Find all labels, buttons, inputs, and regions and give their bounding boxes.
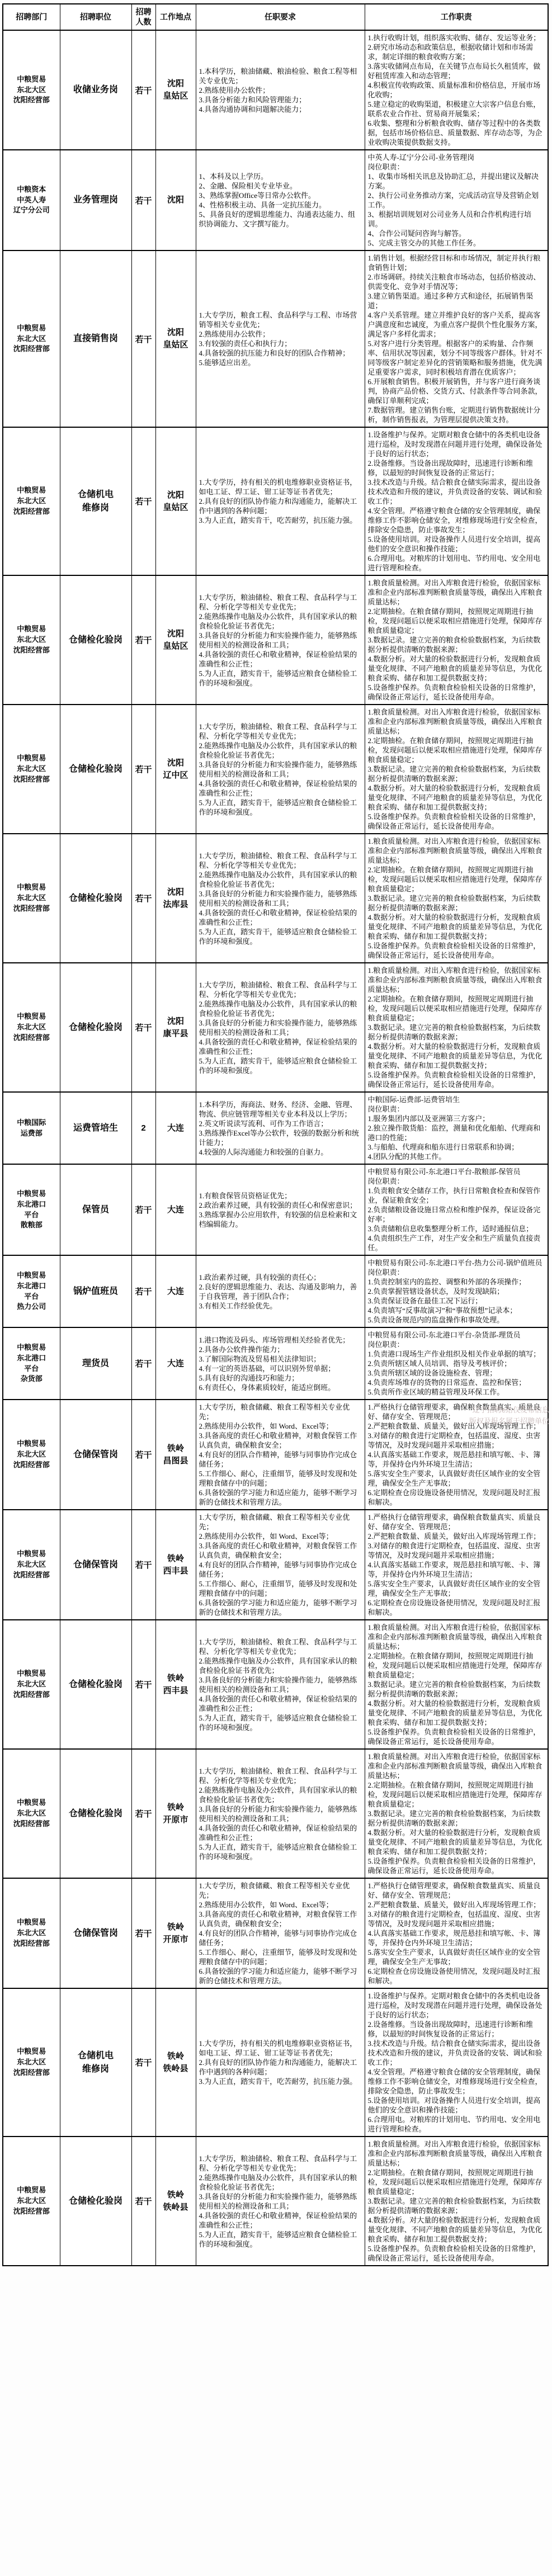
count-cell: 若干 xyxy=(131,1878,155,1988)
duties-cell: 1.严格执行仓储管理要求，确保粮食数量真实、质量良好、储存安全、管理规范；2.严… xyxy=(365,1400,548,1510)
table-row: 中粮贸易 东北大区 沈阳经营部 仓储检化验岗 若干 沈阳 辽中区 1.大专学历，… xyxy=(3,705,548,834)
duty-item: 5.对客户进行分类管理。根据客户的采购量、合作频率、信用状况等因素，划分不同等级… xyxy=(368,339,545,377)
dept-cell: 中粮贸易 东北大区 沈阳经营部 xyxy=(3,427,60,575)
requirement-item: 2.熟练使用办公软件，如 Word、Excel等； xyxy=(199,1421,362,1431)
requirement-item: 2.具备办公软件操作能力； xyxy=(199,1345,362,1354)
requirement-item: 4.具备较强的责任心和敬业精神，保证检验结果的准确性和公正性； xyxy=(199,650,362,669)
duty-item: 岗位职责： xyxy=(368,1340,545,1349)
dept-cell: 中粮贸易 东北大区 沈阳经营部 xyxy=(3,250,60,427)
duty-item: 中粮贸易有限公司-东北港口平台-热力公司-锅炉值班员 xyxy=(368,1258,545,1268)
header-position: 招聘职位 xyxy=(60,4,131,30)
duty-item: 中粮贸易有限公司-东北港口平台-散粮部-保管员 xyxy=(368,1167,545,1176)
position-cell: 仓储保管岗 xyxy=(60,1400,131,1510)
position-cell: 仓储检化验岗 xyxy=(60,575,131,705)
duties-cell: 1.销售计划。根据经营目标和市场情况，制定并执行粮食销售计划；2.市场调研。持续… xyxy=(365,250,548,427)
duty-item: 2.定期抽检。在粮食储存期间，按照规定周期进行抽检，发现问题后以便采取相应措施进… xyxy=(368,994,545,1023)
header-location: 工作地点 xyxy=(155,4,196,30)
count-cell: 若干 xyxy=(131,1327,155,1400)
duty-item: 5.落实安全生产要求，认真做好责任区域作业的安全管理，确保安全生产无事故； xyxy=(368,1469,545,1488)
duty-item: 岗位职责： xyxy=(368,162,545,172)
requirement-item: 4.具备较强的责任心和敬业精神，保证检验结果的准确性和公正性； xyxy=(199,2211,362,2230)
duty-item: 2.设备维修。当设备出现故障时，迅速进行诊断和维修，以最短的时间恢复设备的正常运… xyxy=(368,459,545,478)
requirement-item: 1.大专学历，持有相关的机电维修职业资格证书，如电工证、焊工证、钳工证等证书者优… xyxy=(199,478,362,497)
position-cell: 理货员 xyxy=(60,1327,131,1400)
requirements-cell: 1.大专学历，粮油储检、粮食工程、食品科学与工程、分析化学等相关专业优先；2.能… xyxy=(196,1749,365,1878)
requirement-item: 2.英文听说读写流利、可作为工作语言； xyxy=(199,1119,362,1128)
duty-item: 1.粮食质量检测。对出入库粮食进行检验，依据国家标准和企业内部标准判断粮食质量等… xyxy=(368,966,545,994)
table-row: 中粮贸易 东北港口 平台 散粮部 保管员 若干 大连 1.有粮食保管员资格证优先… xyxy=(3,1164,548,1255)
requirement-item: 1.大专学历，粮油储检、粮食工程、食品科学与工程、分析化学等相关专业优先； xyxy=(199,851,362,870)
duty-item: 3.数据记录。建立完善的粮食检验数据档案，为后续数据分析提供清晰的数据来源； xyxy=(368,1680,545,1699)
table-row: 中粮贸易 东北大区 沈阳经营部 收储业务岗 若干 沈阳 皇姑区 1.本科学历，粮… xyxy=(3,30,548,150)
requirement-item: 5.工作细心、耐心，注重细节，能够及时发现和处理粮食储存中的问题； xyxy=(199,1579,362,1598)
requirements-cell: 1.政治素养过硬，具有较强的责任心；2.良好的逻辑思维能力、表达、沟通及影响力，… xyxy=(196,1255,365,1327)
duty-item: 5.设备使用培训。对设备操作人员进行安全培训，提高他们的安全意识和操作技能； xyxy=(368,535,545,554)
table-row: 中粮贸易 东北大区 沈阳经营部 仓储保管岗 若干 铁岭 开原市 1.大专学历，粮… xyxy=(3,1878,548,1988)
count-cell: 若干 xyxy=(131,150,155,250)
count-cell: 若干 xyxy=(131,1988,155,2137)
duty-item: 2.定期抽检。在粮食储存期间，按照规定周期进行抽检，发现问题后以便采取相应措施进… xyxy=(368,865,545,894)
table-row: 中粮资本 中英人寿 辽宁分公司 业务管理岗 若干 沈阳 1、本科及以上学历。2、… xyxy=(3,150,548,250)
requirement-item: 2.政治素养过硬，具有较强的责任心和保密意识； xyxy=(199,1200,362,1210)
position-cell: 仓储机电 维修岗 xyxy=(60,1988,131,2137)
requirement-item: 2.熟练使用办公软件； xyxy=(199,329,362,339)
dept-cell: 中粮贸易 东北大区 沈阳经营部 xyxy=(3,1510,60,1620)
duty-item: 3.数据记录。建立完善的粮食检验数据档案，为后续数据分析提供清晰的数据来源； xyxy=(368,2196,545,2215)
requirement-item: 1.大专学历，粮油储检、粮食工程、食品科学与工程、分析化学等相关专业优先； xyxy=(199,1637,362,1656)
requirement-item: 1.本科学历，粮油储藏、粮油检验、粮食工程等相关专业优先； xyxy=(199,67,362,86)
table-row: 中粮贸易 东北大区 沈阳经营部 仓储检化验岗 若干 铁岭 西丰县 1.大专学历，… xyxy=(3,1620,548,1749)
duty-item: 4.数据分析。对大量的检验数据进行分析，发现粮食质量变化规律、不同产地粮食的质量… xyxy=(368,2215,545,2244)
location-cell: 铁岭 铁岭县 xyxy=(155,1988,196,2137)
requirement-item: 1.大专学历，粮油储检、粮食工程、食品科学与工程、分析化学等相关专业优先； xyxy=(199,722,362,741)
duty-item: 2.定期抽检。在粮食储存期间，按照规定周期进行抽检，发现问题后以便采取相应措施进… xyxy=(368,1780,545,1809)
requirement-item: 1.大专学历，粮食工程、食品科学与工程、市场营销等相关专业优先； xyxy=(199,310,362,329)
requirements-cell: 1.大专学历，持有相关的机电维修职业资格证书，如电工证、焊工证、钳工证等证书者优… xyxy=(196,1988,365,2137)
duty-item: 6.定期检查仓房设施设备使用情况，发现问题及时汇报和解决。 xyxy=(368,1598,545,1617)
requirement-item: 2、金融、保险相关专业毕业。 xyxy=(199,181,362,191)
requirements-cell: 1.有粮食保管员资格证优先；2.政治素养过硬，具有较强的责任心和保密意识；3.熟… xyxy=(196,1164,365,1255)
duty-item: 1.粮食质量检测。对出入库粮食进行检验，依据国家标准和企业内部标准判断粮食质量等… xyxy=(368,578,545,607)
position-cell: 仓储检化验岗 xyxy=(60,834,131,963)
recruitment-table: 招聘部门 招聘职位 招聘 人数 工作地点 任职要求 工作职责 中粮贸易 东北大区… xyxy=(2,3,549,2266)
requirement-item: 3.有相关工作经验优先。 xyxy=(199,1301,362,1311)
location-cell: 铁岭 昌图县 xyxy=(155,1400,196,1510)
position-cell: 仓储保管岗 xyxy=(60,1878,131,1988)
requirement-item: 5.工作细心、耐心，注重细节，能够及时发现和处理粮食储存中的问题； xyxy=(199,1948,362,1967)
dept-cell: 中粮贸易 东北大区 沈阳经营部 xyxy=(3,575,60,705)
table-row: 中粮贸易 东北港口 平台 热力公司 锅炉值班员 若干 大连 1.政治素养过硬，具… xyxy=(3,1255,548,1327)
duty-item: 4.数据分析。对大量的检验数据进行分析，发现粮食质量变化规律、不同产地粮食的质量… xyxy=(368,783,545,812)
duty-item: 2.市场调研。持续关注粮食市场动态，包括价格波动、供需变化、竞争对手情况等； xyxy=(368,272,545,291)
requirement-item: 4、性格积极主动、具备一定抗压能力。 xyxy=(199,200,362,210)
position-cell: 仓储检化验岗 xyxy=(60,2137,131,2266)
requirement-item: 5.为人正直，踏实肯干，能够适应粮食仓储检验工作的环境和强度。 xyxy=(199,669,362,688)
duties-cell: 1.粮食质量检测。对出入库粮食进行检验，依据国家标准和企业内部标准判断粮食质量等… xyxy=(365,963,548,1092)
duty-item: 3.与船舶、代理商和船东进行日常联系和协调； xyxy=(368,1142,545,1152)
header-dept: 招聘部门 xyxy=(3,4,60,30)
duty-item: 1.负责港口现场生产作业组织及相关作业单据的填写； xyxy=(368,1349,545,1359)
requirements-cell: 1.港口物流及码头、库场管理相关经验者优先；2.具备办公软件操作能力；3.了解国… xyxy=(196,1327,365,1400)
duties-cell: 中英人寿-辽宁分公司-业务管理岗岗位职责：1、收集市场相关讯息及协助汇总，并提出… xyxy=(365,150,548,250)
requirement-item: 2.能熟练操作电脑及办公软件，具有国家承认的粮食检验化验证书者优先； xyxy=(199,999,362,1018)
duty-item: 4.负责组织生产工作，对生产安全和生产质量负直接责任。 xyxy=(368,1233,545,1252)
requirement-item: 3.具备良好的分析能力和实验操作能力，能够熟练使用相关的检测设备和工具； xyxy=(199,2192,362,2211)
duty-item: 岗位职责： xyxy=(368,1176,545,1186)
dept-cell: 中粮贸易 东北大区 沈阳经营部 xyxy=(3,1620,60,1749)
position-cell: 仓储机电 维修岗 xyxy=(60,427,131,575)
dept-cell: 中粮贸易 东北大区 沈阳经营部 xyxy=(3,1400,60,1510)
duty-item: 5、完成主管交办的其他工作任务。 xyxy=(368,238,545,248)
location-cell: 沈阳 辽中区 xyxy=(155,705,196,834)
duty-item: 1.粮食质量检测。对出入库粮食进行检验，依据国家标准和企业内部标准判断粮食质量等… xyxy=(368,707,545,736)
duty-item: 5.负责设备规范内的监盘操作和事故处理。 xyxy=(368,1315,545,1325)
duty-item: 1.服务集团内部以及亚洲第三方客户； xyxy=(368,1114,545,1123)
duty-item: 1.严格执行仓储管理要求，确保粮食数量真实、质量良好、储存安全、管理规范； xyxy=(368,1402,545,1421)
duties-cell: 1.严格执行仓储管理要求，确保粮食数量真实、质量良好、储存安全、管理规范；2.严… xyxy=(365,1878,548,1988)
location-cell: 沈阳 xyxy=(155,150,196,250)
duty-item: 岗位职责： xyxy=(368,1268,545,1277)
duty-item: 1.执行收购计划，组织落实收购、储存、发运等业务； xyxy=(368,33,545,42)
duty-item: 3.对储存的粮食进行定期检查，包括温度、湿度、虫害等情况，及时发现问题并采取相应… xyxy=(368,1909,545,1929)
duty-item: 4.积极宣传收购政策、质量标准和价格信息，开展市场化收购； xyxy=(368,81,545,100)
requirement-item: 2.熟练使用办公软件，如 Word、Excel等； xyxy=(199,1900,362,1909)
requirements-cell: 1.大专学历，粮油储检、粮食工程、食品科学与工程、分析化学等相关专业优先；2.能… xyxy=(196,963,365,1092)
dept-cell: 中粮贸易 东北大区 沈阳经营部 xyxy=(3,2137,60,2266)
location-cell: 沈阳 康平县 xyxy=(155,963,196,1092)
duties-cell: 中粮贸易有限公司-东北港口平台-散粮部-保管员岗位职责：1.负责粮食安全储存工作… xyxy=(365,1164,548,1255)
duty-item: 2.严把粮食数量、质量关，做好出入库现场管理工作； xyxy=(368,1421,545,1431)
requirement-item: 6.具备较强的学习能力和适应能力，能够不断学习新的仓储技术和管理方法。 xyxy=(199,1967,362,1986)
requirement-item: 5.为人正直，踏实肯干，能够适应粮食仓储检验工作的环境和强度。 xyxy=(199,1056,362,1075)
duty-item: 4.数据分析。对大量的检验数据进行分析，发现粮食质量变化规律、不同产地粮食的质量… xyxy=(368,1828,545,1856)
count-cell: 若干 xyxy=(131,427,155,575)
duty-item: 1.设备维护与保养。定期对粮食仓储中的各类机电设备进行巡检，及时发现潜在问题并进… xyxy=(368,1991,545,2020)
requirement-item: 3.具备良好的分析能力和实验操作能力，能够熟练使用相关的检测设备和工具； xyxy=(199,631,362,650)
duty-item: 4.数据分析。对大量的检验数据进行分析，发现粮食质量变化规律、不同产地粮食的质量… xyxy=(368,1042,545,1070)
count-cell: 若干 xyxy=(131,1164,155,1255)
duty-item: 4.团队分配的其他工作。 xyxy=(368,1152,545,1161)
requirement-item: 1.有粮食保管员资格证优先； xyxy=(199,1191,362,1200)
requirement-item: 3、熟练掌握Office等日常办公软件。 xyxy=(199,191,362,200)
duty-item: 3.负责储粮信息收集整理分析工作，适时通报信息； xyxy=(368,1224,545,1233)
duty-item: 3.对储存的粮食进行定期检查，包括温度、湿度、虫害等情况，及时发现问题并采取相应… xyxy=(368,1541,545,1560)
duties-cell: 1.设备维护与保养。定期对粮食仓储中的各类机电设备进行巡检，及时发现潜在问题并进… xyxy=(365,427,548,575)
location-cell: 铁岭 开原市 xyxy=(155,1878,196,1988)
duty-item: 1.设备维护与保养。定期对粮食仓储中的各类机电设备进行巡检，及时发现潜在问题并进… xyxy=(368,430,545,459)
location-cell: 大连 xyxy=(155,1164,196,1255)
duty-item: 4.负责填写“反事故演习”和“事故预想”记录本； xyxy=(368,1306,545,1315)
duty-item: 4.数据分析。对大量的检验数据进行分析，发现粮食质量变化规律、不同产地粮食的质量… xyxy=(368,654,545,683)
requirement-item: 3.具备高度的责任心和敬业精神，对粮食保管工作认真负责，确保粮食安全； xyxy=(199,1541,362,1560)
duty-item: 2.定期抽检。在粮食储存期间，按照规定周期进行抽检，发现问题后以便采取相应措施进… xyxy=(368,607,545,635)
table-row: 中粮贸易 东北大区 沈阳经营部 仓储检化验岗 若干 铁岭 铁岭县 1.大专学历，… xyxy=(3,2137,548,2266)
duty-item: 2.负责掌握管辖设备状态，及时发现缺陷； xyxy=(368,1287,545,1296)
position-cell: 保管员 xyxy=(60,1164,131,1255)
requirement-item: 3.熟练掌握办公应用软件，有较强的信息检索和文档编辑能力。 xyxy=(199,1210,362,1229)
position-cell: 直接销售岗 xyxy=(60,250,131,427)
duty-item: 3.数据记录。建立完善的粮食检验数据档案，为后续数据分析提供清晰的数据来源； xyxy=(368,1809,545,1828)
duty-item: 2.独立操作散货船：监控，测量和优化船舶、代理商和港口的性能； xyxy=(368,1123,545,1142)
requirement-item: 2.良好的逻辑思维能力、表达、沟通及影响力，善于自我管理，善于团队合作； xyxy=(199,1282,362,1301)
location-cell: 沈阳 皇姑区 xyxy=(155,250,196,427)
duty-item: 5.设备维护保养。负责粮食检验相关设备的日常维护，确保设备正常运行，延长设备使用… xyxy=(368,2244,545,2263)
duty-item: 1.负责粮食安全储存工作，执行日常粮食检查和保管作业，保证粮食安全； xyxy=(368,1186,545,1205)
dept-cell: 中粮贸易 东北大区 沈阳经营部 xyxy=(3,1988,60,2137)
duty-item: 1.严格执行仓储管理要求，确保粮食数量真实、质量良好、储存安全、管理规范； xyxy=(368,1881,545,1900)
duties-cell: 1.执行收购计划，组织落实收购、储存、发运等业务；2.研究市场动态和政策信息，根… xyxy=(365,30,548,150)
requirement-item: 3.具备良好的分析能力和实验操作能力，能够熟练使用相关的检测设备和工具； xyxy=(199,760,362,779)
duty-item: 3.数据记录。建立完善的粮食检验数据档案，为后续数据分析提供清晰的数据来源； xyxy=(368,894,545,913)
requirement-item: 5.为人正直，踏实肯干，能够适应粮食仓储检验工作的环境和强度。 xyxy=(199,798,362,817)
duty-item: 3.负责保证设备在最佳工况下运行； xyxy=(368,1296,545,1306)
location-cell: 沈阳 皇姑区 xyxy=(155,427,196,575)
count-cell: 若干 xyxy=(131,963,155,1092)
requirement-item: 5.为人正直，踏实肯干，能够适应粮食仓储检验工作的环境和强度。 xyxy=(199,2230,362,2249)
requirements-cell: 1.大专学历，粮油储检、粮食工程、食品科学与工程、分析化学等相关专业优先；2.能… xyxy=(196,1620,365,1749)
requirement-item: 4.有良好的团队合作精神，能够与同事协作完成仓储任务； xyxy=(199,1450,362,1469)
duty-item: 3.落实收储网点布局，在关键节点布局长久租赁库，做好租赁库准入和动态管理； xyxy=(368,62,545,81)
duty-item: 5.负责所作业区域的精益管理及环保工作。 xyxy=(368,1387,545,1397)
duty-item: 4.负责库场堆存的货物的日常巡查、监控和保管； xyxy=(368,1378,545,1387)
requirement-item: 3.具备良好的分析能力和实验操作能力，能够熟练使用相关的检测设备和工具； xyxy=(199,1804,362,1823)
duty-item: 1.粮食质量检测。对出入库粮食进行检验，依据国家标准和企业内部标准判断粮食质量等… xyxy=(368,836,545,865)
duty-item: 4.安全管理。严格遵守粮食仓储的安全管理制度，确保维修工作不影响仓储安全，对维修… xyxy=(368,506,545,535)
requirement-item: 6.具备较强的学习能力和适应能力，能够不断学习新的仓储技术和管理方法。 xyxy=(199,1598,362,1617)
requirements-cell: 1.本科学历，粮油储藏、粮油检验、粮食工程等相关专业优先；2.熟练使用办公软件；… xyxy=(196,30,365,150)
duty-item: 中粮贸易有限公司-东北港口平台-杂货部-理货员 xyxy=(368,1330,545,1340)
requirement-item: 3.具备高度的责任心和敬业精神，对粮食保管工作认真负责，确保粮食安全； xyxy=(199,1431,362,1450)
location-cell: 沈阳 皇姑区 xyxy=(155,30,196,150)
requirement-item: 5.为人正直，踏实肯干，能够适应粮食仓储检验工作的环境和强度。 xyxy=(199,1713,362,1732)
requirement-item: 2.具有良好的团队协作能力和沟通能力，能解决工作中遇到的各种问题； xyxy=(199,497,362,516)
count-cell: 若干 xyxy=(131,1510,155,1620)
dept-cell: 中粮贸易 东北港口 平台 散粮部 xyxy=(3,1164,60,1255)
table-row: 中粮贸易 东北大区 沈阳经营部 仓储检化验岗 若干 沈阳 法库县 1.大专学历，… xyxy=(3,834,548,963)
requirement-item: 1.本科学历，海商法、财务、经济、金融、管理、物流、供应链管理等相关专业本科及以… xyxy=(199,1100,362,1119)
position-cell: 仓储检化验岗 xyxy=(60,963,131,1092)
requirement-item: 5.工作细心、耐心，注重细节，能够及时发现和处理粮食储存中的问题； xyxy=(199,1469,362,1488)
requirement-item: 6.具备较强的学习能力和适应能力，能够不断学习新的仓储技术和管理方法。 xyxy=(199,1488,362,1507)
duty-item: 4、合作公司疑问咨询与解答。 xyxy=(368,229,545,238)
duty-item: 岗位职责： xyxy=(368,1104,545,1114)
requirement-item: 4.较强的人际沟通能力和较强的自驱力。 xyxy=(199,1147,362,1157)
header-duties: 工作职责 xyxy=(365,4,548,30)
position-cell: 仓储检化验岗 xyxy=(60,1620,131,1749)
header-count: 招聘 人数 xyxy=(131,4,155,30)
duty-item: 4.客户关系管理。建立并维护良好的客户关系，提高客户满意度和忠诚度，为重点客户提… xyxy=(368,310,545,339)
location-cell: 沈阳 皇姑区 xyxy=(155,575,196,705)
location-cell: 大连 xyxy=(155,1255,196,1327)
requirement-item: 3.有较强的责任心和执行力； xyxy=(199,339,362,348)
requirement-item: 5.为人正直，踏实肯干，能够适应粮食仓储检验工作的环境和强度。 xyxy=(199,927,362,946)
requirement-item: 3.具备良好的分析能力和实验操作能力，能够熟练使用相关的检测设备和工具； xyxy=(199,889,362,908)
requirement-item: 1.大专学历，粮食储藏、粮食工程等相关专业优先； xyxy=(199,1512,362,1532)
count-cell: 若干 xyxy=(131,1400,155,1510)
duty-item: 3.技术改造与升级。结合粮食仓储实际需求，提出设备技术改造和升级的建议，并负责设… xyxy=(368,2039,545,2067)
requirement-item: 4.有良好的团队合作精神，能够与同事协作完成仓储任务； xyxy=(199,1560,362,1579)
requirement-item: 1.大专学历，粮油储检、粮食工程、食品科学与工程、分析化学等相关专业优先； xyxy=(199,2154,362,2173)
requirement-item: 4.具备较强的责任心和敬业精神，保证检验结果的准确性和公正性； xyxy=(199,908,362,927)
duty-item: 1.粮食质量检测。对出入库粮食进行检验，依据国家标准和企业内部标准判断粮食质量等… xyxy=(368,1752,545,1780)
duty-item: 2.设备维修。当设备出现故障时，迅速进行诊断和维修，以最短的时间恢复设备的正常运… xyxy=(368,2020,545,2039)
location-cell: 铁岭 西丰县 xyxy=(155,1510,196,1620)
position-cell: 收储业务岗 xyxy=(60,30,131,150)
requirement-item: 3.为人正直，踏实肯干，吃苦耐劳，抗压能力强。 xyxy=(199,2077,362,2086)
table-row: 中粮贸易 东北港口 平台 杂货部 理货员 若干 大连 1.港口物流及码头、库场管… xyxy=(3,1327,548,1400)
requirement-item: 4.具备较强的责任心和敬业精神，保证检验结果的准确性和公正性； xyxy=(199,1694,362,1713)
requirement-item: 1.大专学历，粮油储检、粮食工程、食品科学与工程、分析化学等相关专业优先； xyxy=(199,980,362,999)
duty-item: 5.设备维护保养。负责粮食检验相关设备的日常维护，确保设备正常运行，延长设备使用… xyxy=(368,941,545,960)
duties-cell: 1.粮食质量检测。对出入库粮食进行检验，依据国家标准和企业内部标准判断粮食质量等… xyxy=(365,705,548,834)
duty-item: 1.粮食质量检测。对出入库粮食进行检验，依据国家标准和企业内部标准判断粮食质量等… xyxy=(368,1623,545,1651)
duty-item: 2.定期抽检。在粮食储存期间，按照规定周期进行抽检，发现问题后以便采取相应措施进… xyxy=(368,1651,545,1680)
count-cell: 若干 xyxy=(131,575,155,705)
duty-item: 2.研究市场动态和政策信息，根据收储计划和市场需求，制定详细的粮食收购方案； xyxy=(368,42,545,62)
duty-item: 3.数据记录。建立完善的粮食检验数据档案，为后续数据分析提供清晰的数据来源； xyxy=(368,635,545,654)
duty-item: 1.严格执行仓储管理要求，确保粮食数量真实、质量良好、储存安全、管理规范； xyxy=(368,1512,545,1532)
duties-cell: 1.粮食质量检测。对出入库粮食进行检验，依据国家标准和企业内部标准判断粮食质量等… xyxy=(365,1749,548,1878)
duty-item: 1.负责控制室内的监控、调整和外部的各项操作； xyxy=(368,1277,545,1287)
requirement-item: 1、本科及以上学历。 xyxy=(199,172,362,181)
location-cell: 铁岭 铁岭县 xyxy=(155,2137,196,2266)
requirements-cell: 1.大专学历，粮食储藏、粮食工程等相关专业优先；2.熟练使用办公软件，如 Wor… xyxy=(196,1878,365,1988)
duty-item: 4.安全管理。严格遵守粮食仓储的安全管理制度，确保维修工作不影响仓储安全，对维修… xyxy=(368,2067,545,2096)
duties-cell: 1.严格执行仓储管理要求，确保粮食数量真实、质量良好、储存安全、管理规范；2.严… xyxy=(365,1510,548,1620)
duties-cell: 中粮贸易有限公司-东北港口平台-杂货部-理货员岗位职责：1.负责港口现场生产作业… xyxy=(365,1327,548,1400)
duty-item: 7.数据管理。建立销售台账，定期进行销售数据统计分析，制作销售报表，为管理层提供… xyxy=(368,405,545,424)
requirement-item: 4.有良好的团队合作精神，能够与同事协作完成仓储任务； xyxy=(199,1929,362,1948)
requirement-item: 2.能熟练操作电脑及办公软件，具有国家承认的粮食检验化验证书者优先； xyxy=(199,741,362,760)
duty-item: 5.建立稳定的收购渠道，积极建立大宗客户信息台账，联系农业合作社、贸易商开展集采… xyxy=(368,100,545,119)
duties-cell: 1.粮食质量检测。对出入库粮食进行检验，依据国家标准和企业内部标准判断粮食质量等… xyxy=(365,2137,548,2266)
location-cell: 大连 xyxy=(155,1327,196,1400)
requirement-item: 2.熟练使用办公软件，如 Word、Excel等； xyxy=(199,1532,362,1541)
duty-item: 3.负责所辖区域的设备设施检查、管理； xyxy=(368,1368,545,1378)
requirement-item: 3.了解国际物流及贸易相关法律知识； xyxy=(199,1354,362,1364)
requirement-item: 4.具备较强的责任心和敬业精神，保证检验结果的准确性和公正性； xyxy=(199,779,362,798)
position-cell: 仓储检化验岗 xyxy=(60,1749,131,1878)
duties-cell: 中粮国际-运费部-运费管培生岗位职责：1.服务集团内部以及亚洲第三方客户；2.独… xyxy=(365,1092,548,1164)
dept-cell: 中粮贸易 东北大区 沈阳经营部 xyxy=(3,963,60,1092)
job-table-body: 中粮贸易 东北大区 沈阳经营部 收储业务岗 若干 沈阳 皇姑区 1.本科学历，粮… xyxy=(3,30,548,2266)
position-cell: 仓储保管岗 xyxy=(60,1510,131,1620)
duty-item: 3、根据培训规划对公司业务人员和合作机构进行培训。 xyxy=(368,210,545,229)
duty-item: 6.收集、整理和分析粮食收购、储存等过程中的各类数据，包括市场价格信息、质量数据… xyxy=(368,119,545,147)
duty-item: 4.认真落实基础工作要求，规范悬挂和填写帐、卡、簿等，并保持仓内外环境卫生清洁； xyxy=(368,1929,545,1948)
duty-item: 1.销售计划。根据经营目标和市场情况，制定并执行粮食销售计划； xyxy=(368,253,545,272)
requirement-item: 2.熟练使用办公软件； xyxy=(199,86,362,95)
dept-cell: 中粮贸易 东北大区 沈阳经营部 xyxy=(3,705,60,834)
duty-item: 5.设备维护保养。负责粮食检验相关设备的日常维护，确保设备正常运行，延长设备使用… xyxy=(368,1856,545,1875)
table-row: 中粮贸易 东北大区 沈阳经营部 仓储检化验岗 若干 沈阳 皇姑区 1.大专学历，… xyxy=(3,575,548,705)
requirements-cell: 1.大专学历，粮食储藏、粮食工程等相关专业优先；2.熟练使用办公软件，如 Wor… xyxy=(196,1510,365,1620)
duty-item: 4.认真落实基础工作要求，规范悬挂和填写帐、卡、簿等，并保持仓内外环境卫生清洁； xyxy=(368,1560,545,1579)
dept-cell: 中粮贸易 东北港口 平台 热力公司 xyxy=(3,1255,60,1327)
requirement-item: 3.具备高度的责任心和敬业精神，对粮食保管工作认真负责，确保粮食安全； xyxy=(199,1909,362,1929)
requirement-item: 1.大专学历，持有相关的机电维修职业资格证书，如电工证、焊工证、钳工证等证书者优… xyxy=(199,2039,362,2058)
location-cell: 铁岭 西丰县 xyxy=(155,1620,196,1749)
requirement-item: 2.能熟练操作电脑及办公软件，具有国家承认的粮食检验化验证书者优先； xyxy=(199,1656,362,1675)
duty-item: 5.设备维护保养。负责粮食检验相关设备的日常维护，确保设备正常运行，延长设备使用… xyxy=(368,683,545,702)
duties-cell: 1.设备维护与保养。定期对粮食仓储中的各类机电设备进行巡检，及时发现潜在问题并进… xyxy=(365,1988,548,2137)
count-cell: 若干 xyxy=(131,2137,155,2266)
duty-item: 3.数据记录。建立完善的粮食检验数据档案，为后续数据分析提供清晰的数据来源； xyxy=(368,764,545,783)
duty-item: 6.合理用电。对粮库的计划用电、节约用电、安全用电进行管理和检查。 xyxy=(368,554,545,573)
requirements-cell: 1.本科学历，海商法、财务、经济、金融、管理、物流、供应链管理等相关专业本科及以… xyxy=(196,1092,365,1164)
count-cell: 若干 xyxy=(131,834,155,963)
duty-item: 中粮国际-运费部-运费管培生 xyxy=(368,1095,545,1104)
duty-item: 6.定期检查仓房设施设备使用情况，发现问题及时汇报和解决。 xyxy=(368,1488,545,1507)
position-cell: 运费管培生 xyxy=(60,1092,131,1164)
requirement-item: 4.具备较强的抗压能力和良好的团队合作精神； xyxy=(199,348,362,358)
table-row: 中粮贸易 东北大区 沈阳经营部 仓储机电 维修岗 若干 铁岭 铁岭县 1.大专学… xyxy=(3,1988,548,2137)
table-row: 中粮贸易 东北大区 沈阳经营部 直接销售岗 若干 沈阳 皇姑区 1.大专学历，粮… xyxy=(3,250,548,427)
requirement-item: 5.具有良好的沟通技巧和能力； xyxy=(199,1373,362,1383)
position-cell: 仓储检化验岗 xyxy=(60,705,131,834)
requirement-item: 3.熟练操作Excel等办公软件，较强的数据分析和统计能力； xyxy=(199,1128,362,1147)
duty-item: 1.粮食质量检测。对出入库粮食进行检验，依据国家标准和企业内部标准判断粮食质量等… xyxy=(368,2139,545,2168)
requirement-item: 6.有责任心，身体素质较好，能适应倒班。 xyxy=(199,1383,362,1392)
requirement-item: 1.政治素养过硬，具有较强的责任心； xyxy=(199,1273,362,1282)
requirement-item: 5.能够适应出差。 xyxy=(199,358,362,367)
duty-item: 1、收集市场相关讯息及协助汇总，并提出建议及解决方案。 xyxy=(368,172,545,191)
count-cell: 若干 xyxy=(131,705,155,834)
header-requirements: 任职要求 xyxy=(196,4,365,30)
requirement-item: 1.大专学历，粮油储检、粮食工程、食品科学与工程、分析化学等相关专业优先； xyxy=(199,1766,362,1785)
duty-item: 5.落实安全生产要求，认真做好责任区域作业的安全管理，确保安全生产无事故； xyxy=(368,1579,545,1598)
requirement-item: 3.具备良好的分析能力和实验操作能力，能够熟练使用相关的检测设备和工具； xyxy=(199,1675,362,1694)
duty-item: 4.数据分析。对大量的检验数据进行分析，发现粮食质量变化规律、不同产地粮食的质量… xyxy=(368,1699,545,1727)
requirement-item: 2.能熟练操作电脑及办公软件，具有国家承认的粮食检验化验证书者优先； xyxy=(199,2173,362,2192)
requirements-cell: 1.大专学历，粮油储检、粮食工程、食品科学与工程、分析化学等相关专业优先；2.能… xyxy=(196,834,365,963)
table-row: 中粮贸易 东北大区 沈阳经营部 仓储检化验岗 若干 沈阳 康平县 1.大专学历，… xyxy=(3,963,548,1092)
requirements-cell: 1.大专学历，粮油储检、粮食工程、食品科学与工程、分析化学等相关专业优先；2.能… xyxy=(196,2137,365,2266)
table-row: 中粮贸易 东北大区 沈阳经营部 仓储检化验岗 若干 铁岭 开原市 1.大专学历，… xyxy=(3,1749,548,1878)
requirement-item: 1.大专学历，粮食储藏、粮食工程等相关专业优先； xyxy=(199,1402,362,1421)
count-cell: 若干 xyxy=(131,1749,155,1878)
dept-cell: 中粮贸易 东北港口 平台 杂货部 xyxy=(3,1327,60,1400)
duty-item: 中英人寿-辽宁分公司-业务管理岗 xyxy=(368,153,545,162)
requirement-item: 2.具有良好的团队协作能力和沟通能力，能解决工作中遇到的各种问题； xyxy=(199,2058,362,2077)
duty-item: 2、执行公司业务推动方案，完成活动宣导及营销企划工作。 xyxy=(368,191,545,210)
duty-item: 3.建立销售渠道。通过多种方式和途径，拓展销售渠道； xyxy=(368,291,545,310)
table-row: 中粮贸易 东北大区 沈阳经营部 仓储机电 维修岗 若干 沈阳 皇姑区 1.大专学… xyxy=(3,427,548,575)
requirement-item: 4.具备较强的责任心和敬业精神，保证检验结果的准确性和公正性； xyxy=(199,1823,362,1842)
duty-item: 3.技术改造与升级。结合粮食仓储实际需求，提出设备技术改造和升级的建议，并负责设… xyxy=(368,478,545,506)
dept-cell: 中粮贸易 东北大区 沈阳经营部 xyxy=(3,30,60,150)
duties-cell: 1.粮食质量检测。对出入库粮食进行检验，依据国家标准和企业内部标准判断粮食质量等… xyxy=(365,1620,548,1749)
dept-cell: 中粮贸易 东北大区 沈阳经营部 xyxy=(3,1878,60,1988)
location-cell: 大连 xyxy=(155,1092,196,1164)
requirements-cell: 1.大专学历，粮油储检、粮食工程、食品科学与工程、分析化学等相关专业优先；2.能… xyxy=(196,575,365,705)
duty-item: 3.数据记录。建立完善的粮食检验数据档案，为后续数据分析提供清晰的数据来源； xyxy=(368,1023,545,1042)
duty-item: 5.设备使用培训。对设备操作人员进行安全培训，提高他们的安全意识和操作技能； xyxy=(368,2096,545,2115)
location-cell: 铁岭 开原市 xyxy=(155,1749,196,1878)
requirement-item: 5.为人正直，踏实肯干，能够适应粮食仓储检验工作的环境和强度。 xyxy=(199,1842,362,1861)
requirement-item: 1.港口物流及码头、库场管理相关经验者优先； xyxy=(199,1335,362,1345)
dept-cell: 中粮国际 运费部 xyxy=(3,1092,60,1164)
requirement-item: 3.具备良好的分析能力和实验操作能力，能够熟练使用相关的检测设备和工具； xyxy=(199,1018,362,1037)
duty-item: 6.合理用电。对粮库的计划用电、节约用电、安全用电进行管理和检查。 xyxy=(368,2115,545,2134)
dept-cell: 中粮贸易 东北大区 沈阳经营部 xyxy=(3,1749,60,1878)
table-row: 中粮国际 运费部 运费管培生 2 大连 1.本科学历，海商法、财务、经济、金融、… xyxy=(3,1092,548,1164)
duty-item: 4.认真落实基础工作要求，规范悬挂和填写帐、卡、簿等，并保持仓内外环境卫生清洁； xyxy=(368,1450,545,1469)
duties-cell: 中粮贸易有限公司-东北港口平台-热力公司-锅炉值班员岗位职责：1.负责控制室内的… xyxy=(365,1255,548,1327)
table-row: 中粮贸易 东北大区 沈阳经营部 仓储保管岗 若干 铁岭 昌图县 1.大专学历，粮… xyxy=(3,1400,548,1510)
requirement-item: 4.具备较强的责任心和敬业精神，保证检验结果的准确性和公正性； xyxy=(199,1037,362,1056)
dept-cell: 中粮贸易 东北大区 沈阳经营部 xyxy=(3,834,60,963)
